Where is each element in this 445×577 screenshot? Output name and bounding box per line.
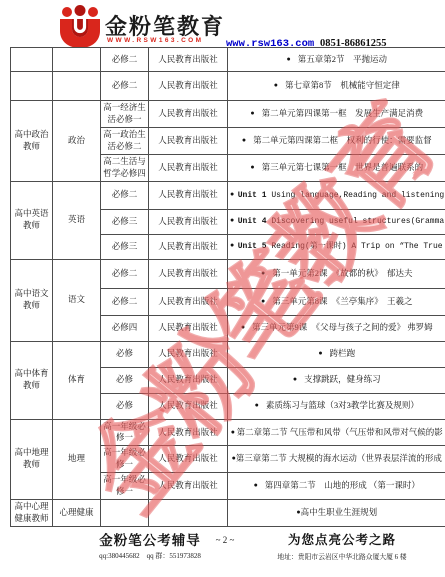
lesson-cell: ● 第三单元第8课 《兰亭集序》 王羲之: [228, 288, 445, 315]
table-row: 高中英语教师 英语 必修二 人民教育出版社 ● Unit 1 Using lan…: [11, 181, 445, 209]
table-row: 高中政治教师 政治 高一经济生活必修一 人民教育出版社 ● 第二单元第四课第一框…: [11, 101, 445, 128]
publisher-cell: 人民教育出版社: [149, 209, 228, 234]
lesson-cell: ●高中生职业生涯规划: [228, 499, 445, 526]
publisher-cell: 人民教育出版社: [149, 315, 228, 341]
bullet-icon: ●: [230, 190, 238, 198]
bullet-icon: ●: [250, 109, 261, 117]
volume-cell: 必修二: [101, 181, 149, 209]
table-row: 高中心理健康教师 心理健康 ●高中生职业生涯规划: [11, 499, 445, 526]
bullet-icon: ●: [318, 349, 329, 357]
publisher-cell: 人民教育出版社: [149, 473, 228, 500]
lesson-cell: ● 第一单元第2课 《故都的秋》 郁达夫: [228, 259, 445, 288]
volume-cell: 高一经济生活必修一: [101, 101, 149, 128]
lesson-table: 必修二 人民教育出版社 ● 第五章第2节 平抛运动 必修二 人民教育出版社 ● …: [10, 47, 445, 527]
bullet-icon: ●: [230, 216, 238, 224]
volume-cell: 必修二: [101, 48, 149, 72]
volume-cell: 必修二: [101, 72, 149, 101]
publisher-cell: 人民教育出版社: [149, 259, 228, 288]
subject-cell: 语文: [53, 259, 101, 341]
lesson-cell: ● 支撑跳跃，健身练习: [228, 367, 445, 393]
brand-url-caption: WWW.RSW163.COM: [107, 37, 203, 44]
volume-cell: 必修: [101, 367, 149, 393]
volume-cell: 必修四: [101, 315, 149, 341]
volume-cell: 必修二: [101, 288, 149, 315]
lesson-cell: ● 第四章第二节 山地的形成 （第一课时）: [228, 473, 445, 500]
lesson-cell: ● 第三单元第七课第一框 世界是普遍联系的: [228, 154, 445, 181]
publisher-cell: 人民教育出版社: [149, 341, 228, 367]
table-row: 高中语文教师 语文 必修二 人民教育出版社 ● 第一单元第2课 《故都的秋》 郁…: [11, 259, 445, 288]
lesson-cell: ●第三章第二节 大规模的海水运动（世界表层洋流的形成: [228, 446, 445, 473]
lesson-cell: ● Unit 4 Discovering useful structures(G…: [228, 209, 445, 234]
bullet-icon: ●: [261, 297, 272, 305]
publisher-cell: 人民教育出版社: [149, 154, 228, 181]
lesson-cell: ● Unit 1 Using language,Reading and list…: [228, 181, 445, 209]
lesson-cell: ● 第二章第二节 气压带和风带（气压带和风带对气候的影: [228, 419, 445, 446]
subject-cell: 地理: [53, 419, 101, 499]
volume-cell: 必修三: [101, 209, 149, 234]
publisher-cell: [149, 499, 228, 526]
publisher-cell: 人民教育出版社: [149, 367, 228, 393]
footer-qq-info: qq:380445682 qq 群：551973828: [45, 551, 255, 561]
volume-cell: [101, 499, 149, 526]
volume-cell: 必修二: [101, 259, 149, 288]
bullet-icon: ●: [250, 163, 261, 171]
lesson-cell: ● 第五章第2节 平抛运动: [228, 48, 445, 72]
footer-left: 金粉笔公考辅导 qq:380445682 qq 群：551973828: [45, 529, 255, 561]
subject-cell: 体育: [53, 341, 101, 419]
bullet-icon: ●: [254, 481, 265, 489]
publisher-cell: 人民教育出版社: [149, 393, 228, 419]
footer-address: 地址：贵阳市云岩区中华北路众厦大厦 6 楼: [262, 551, 422, 561]
lesson-cell: ● 第三单元第9课 《父母与孩子之间的爱》 弗罗姆: [228, 315, 445, 341]
subject-cell: 政治: [53, 101, 101, 182]
page-number: ~ 2 ~: [197, 535, 253, 545]
volume-cell: 高一政治生活必修二: [101, 127, 149, 154]
lesson-cell: ● 第二单元第四课第二框 权利的行使：需要监督: [228, 127, 445, 154]
teacher-cell: [11, 48, 53, 72]
table-row: 高中地理教师 地理 高一年级必修一 人民教育出版社 ● 第二章第二节 气压带和风…: [11, 419, 445, 446]
volume-cell: 必修: [101, 341, 149, 367]
bullet-icon: ●: [274, 81, 285, 89]
table-row: 必修二 人民教育出版社 ● 第五章第2节 平抛运动: [11, 48, 445, 72]
teacher-cell: 高中心理健康教师: [11, 499, 53, 526]
volume-cell: 高一年级必修一: [101, 419, 149, 446]
bullet-icon: ●: [261, 269, 272, 277]
publisher-cell: 人民教育出版社: [149, 446, 228, 473]
footer-right: 为您点亮公考之路 地址：贵阳市云岩区中华北路众厦大厦 6 楼: [262, 530, 422, 561]
publisher-cell: 人民教育出版社: [149, 234, 228, 259]
bullet-icon: ●: [242, 136, 253, 144]
table-row: 高中体育教师 体育 必修 人民教育出版社 ● 跨栏跑: [11, 341, 445, 367]
publisher-cell: 人民教育出版社: [149, 48, 228, 72]
teacher-cell: 高中政治教师: [11, 101, 53, 182]
teacher-cell: 高中语文教师: [11, 259, 53, 341]
lesson-cell: ● 第二单元第四课第一框 发展生产满足消费: [228, 101, 445, 128]
publisher-cell: 人民教育出版社: [149, 419, 228, 446]
lesson-cell: ● Unit 5 Reading(第一课时) A Trip on “The Tr…: [228, 234, 445, 259]
volume-cell: 高二生活与哲学必修四: [101, 154, 149, 181]
bullet-icon: ●: [255, 401, 266, 409]
subject-cell: 心理健康: [53, 499, 101, 526]
bullet-icon: ●: [230, 241, 238, 249]
subject-cell: [53, 48, 101, 72]
lesson-cell: ● 素质练习与篮球（3对3教学比赛及规则）: [228, 393, 445, 419]
volume-cell: 必修: [101, 393, 149, 419]
lesson-cell: ● 第七章第8节 机械能守恒定律: [228, 72, 445, 101]
lesson-cell: ● 跨栏跑: [228, 341, 445, 367]
subject-cell: [53, 72, 101, 101]
bullet-icon: ●: [241, 323, 252, 331]
footer-right-title: 为您点亮公考之路: [262, 530, 422, 548]
publisher-cell: 人民教育出版社: [149, 288, 228, 315]
teacher-cell: 高中英语教师: [11, 181, 53, 259]
volume-cell: 必修三: [101, 234, 149, 259]
table-row: 必修二 人民教育出版社 ● 第七章第8节 机械能守恒定律: [11, 72, 445, 101]
publisher-cell: 人民教育出版社: [149, 72, 228, 101]
teacher-cell: 高中地理教师: [11, 419, 53, 499]
volume-cell: 高一年级必修一: [101, 446, 149, 473]
bullet-icon: ●: [287, 55, 298, 63]
teacher-cell: [11, 72, 53, 101]
bullet-icon: ●: [293, 375, 304, 383]
brand-logo-icon: [57, 5, 103, 49]
subject-cell: 英语: [53, 181, 101, 259]
publisher-cell: 人民教育出版社: [149, 181, 228, 209]
publisher-cell: 人民教育出版社: [149, 101, 228, 128]
volume-cell: 高一年级必修一: [101, 473, 149, 500]
publisher-cell: 人民教育出版社: [149, 127, 228, 154]
teacher-cell: 高中体育教师: [11, 341, 53, 419]
